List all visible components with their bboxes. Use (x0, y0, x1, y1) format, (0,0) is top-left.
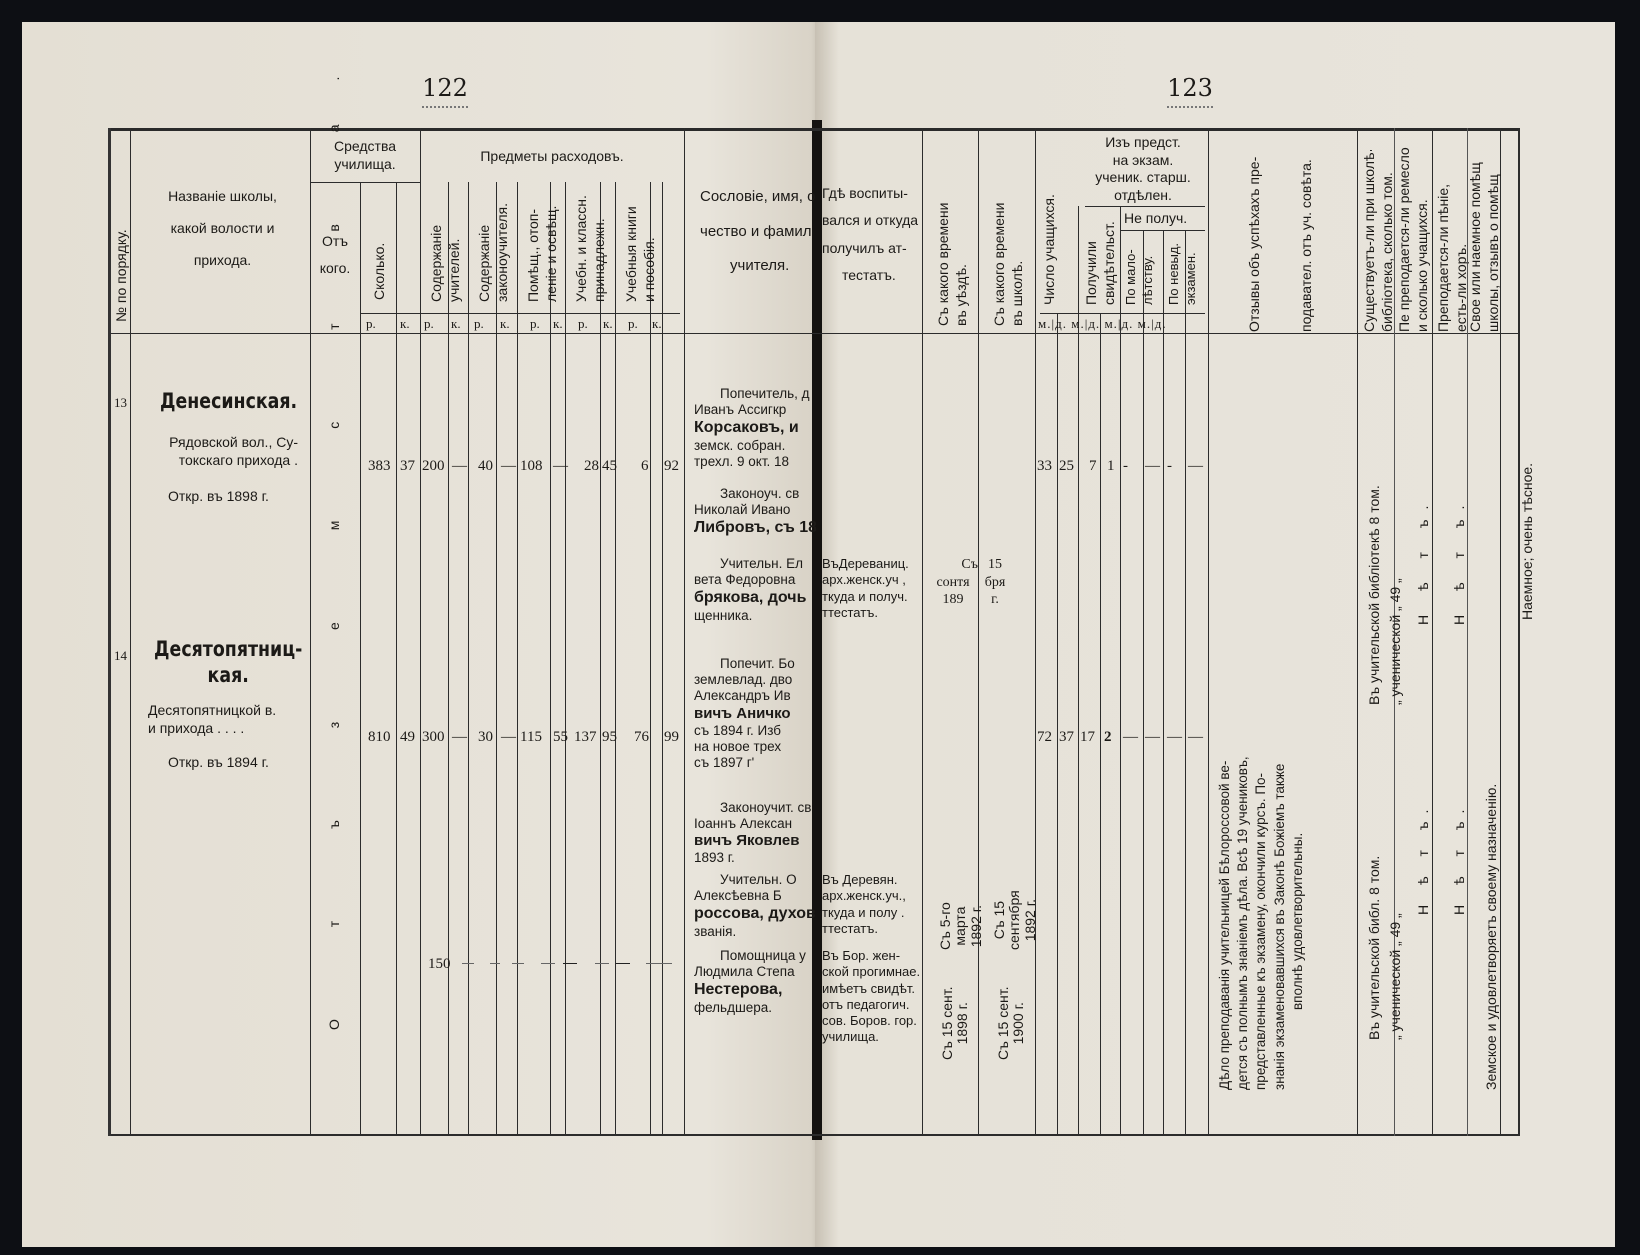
header-not-minor: По мало-лѣтству. (1123, 249, 1157, 305)
header-students-count: Число учащихся. (1040, 194, 1058, 305)
cert-m: 7 (1089, 457, 1097, 476)
amount-r: 810 (368, 728, 391, 747)
singing-info: Н ѣ т ъ. (1450, 496, 1468, 625)
unit-label: к. (652, 316, 662, 332)
staff-trustee: Попечитель, д Иванъ Ассигкр Корсаковъ, и… (694, 386, 816, 470)
law-k: — (501, 728, 516, 747)
unit-label: р. (530, 316, 540, 332)
crafts-info: Н ѣ т ъ. (1414, 802, 1432, 915)
school-name: Денесинская. (160, 388, 297, 414)
page-number-right: 123 (1150, 74, 1230, 108)
since-district: Съ сонтя 189 (928, 556, 978, 609)
unit-label: р. (474, 316, 484, 332)
header-since-district: Съ какого временивъ уѣздѣ. (934, 203, 970, 326)
funds-source-zemstvo: О т ъ з е м с т в а. (325, 33, 343, 1030)
header-teacher-info: Сословіе, имя, о чество и фамил учителя. (700, 180, 815, 284)
school-name: Десятопятниц-кая. (150, 636, 306, 689)
teachers-r: 300 (422, 728, 445, 747)
school-parish: Десятопятницкой в.и прихода . . . . (148, 702, 298, 737)
premises-info: Наемное; очень тѣсное. (1518, 463, 1536, 620)
teachers-k: — (452, 728, 467, 747)
minor-m: — (1123, 728, 1138, 747)
staff-teacher: Учительн. О Алексѣевна Б россова, духов … (694, 872, 816, 940)
class-k: 95 (602, 728, 617, 747)
premises-k: — (553, 457, 568, 476)
header-exp-premises: Помѣщ., отоп-леніе и освѣщ. (524, 206, 560, 302)
failed-d: — (1188, 457, 1203, 476)
header-row-number: № по порядку. (112, 229, 130, 322)
assistant-since-school: Съ 15 сент.1900 г. (996, 987, 1027, 1060)
class-r: 137 (574, 728, 597, 747)
unit-label: р. (578, 316, 588, 332)
header-library: Существуетъ-ли при школѣбибліотека, скол… (1360, 153, 1396, 332)
failed-d: — (1188, 728, 1203, 747)
amount-k: 37 (400, 457, 415, 476)
library-info: Въ учительской библіотекѣ 8 том.„ ученич… (1364, 485, 1406, 705)
header-expenses: Предметы расходовъ. (420, 148, 684, 166)
cert-d: 1 (1107, 457, 1115, 476)
header-crafts: Пе преподается-ли ремеслои сколько учащи… (1395, 147, 1431, 332)
header-funds-amount: Сколько. (370, 243, 388, 300)
teacher-education: Въ Деревян. арх.женск.уч., ткуда и полу … (822, 872, 906, 937)
since-school: 15 бря г. (980, 556, 1010, 609)
students-d: 37 (1059, 728, 1074, 747)
header-premises: Свое или наемное помѣщшколы, отзывъ о по… (1466, 162, 1502, 332)
premises-info: Земское и удовлетворяетъ своему назначен… (1482, 784, 1500, 1090)
premises-r: 115 (520, 728, 542, 747)
minor-m: - (1123, 457, 1128, 476)
failed-m: - (1167, 457, 1172, 476)
assistant-salary-r: 150 (428, 955, 451, 974)
staff-law-teacher: Законоуч. св Николай Ивано Либровъ, съ 1… (694, 486, 816, 538)
header-reviews-2: подавател. отъ уч. совѣта. (1297, 159, 1315, 332)
header-not-failed: По невыд.экзамен. (1166, 243, 1200, 305)
unit-label: к. (553, 316, 563, 332)
teachers-r: 200 (422, 457, 445, 476)
staff-law-teacher: Законоучит. св Іоаннъ Алексан вичъ Яковл… (694, 800, 816, 867)
library-info: Въ учительской библ. 8 том.„ ученической… (1364, 856, 1406, 1040)
header-exp-law: Содержаніезаконоучителя. (475, 203, 511, 302)
law-r: 40 (478, 457, 493, 476)
since-school: Съ 15сентября1892 г. (992, 890, 1038, 950)
books-k: 92 (664, 457, 679, 476)
staff-trustee: Попечит. Бо землевлад. дво Александръ Ив… (694, 656, 816, 771)
unit-row-md: м.|д. м.|д. м.|д. м.|д. (1038, 316, 1167, 332)
unit-label: р. (628, 316, 638, 332)
header-not-got: Не получ. (1124, 210, 1187, 228)
premises-r: 108 (520, 457, 543, 476)
cert-d: 2 (1104, 728, 1112, 747)
law-k: — (501, 457, 516, 476)
unit-label: к. (400, 316, 410, 332)
unit-label: р. (424, 316, 434, 332)
row-number: 13 (114, 395, 127, 411)
minor-d: — (1145, 457, 1160, 476)
staff-teacher: Учительн. Ел вета Федоровна брякова, доч… (694, 556, 816, 624)
students-m: 72 (1037, 728, 1052, 747)
header-school-name: Названіе школы, какой волости и прихода. (140, 180, 305, 277)
school-parish: Рядовской вол., Су-токскаго прихода . (148, 434, 298, 469)
assistant-education: Въ Бор. жен- ской прогимнаe. имѣетъ свид… (822, 948, 920, 1046)
header-exp-books: Учебныя книгии пособія. (622, 206, 658, 302)
books-k: 99 (664, 728, 679, 747)
cert-m: 17 (1080, 728, 1095, 747)
staff-assistant: Помощница у Людмила Степа Нестерова, фел… (694, 948, 816, 1016)
header-exp-teachers: Содержаніеучителей. (427, 225, 463, 302)
unit-label: к. (451, 316, 461, 332)
teachers-k: — (452, 457, 467, 476)
crafts-info: Н ѣ т ъ. (1414, 496, 1432, 625)
books-r: 6 (641, 457, 649, 476)
unit-label: к. (500, 316, 510, 332)
amount-k: 49 (400, 728, 415, 747)
unit-label: к. (603, 316, 613, 332)
amount-r: 383 (368, 457, 391, 476)
students-m: 33 (1037, 457, 1052, 476)
since-district: Съ 5-гомарта1892 г. (938, 902, 984, 950)
header-reviews-1: Отзывы объ успѣхахъ пре- (1245, 157, 1263, 332)
minor-d: — (1145, 728, 1160, 747)
header-exam-group: Изъ предст. на экзам. ученик. старш. отд… (1079, 134, 1207, 204)
class-r: 28 (584, 457, 599, 476)
header-since-school: Съ какого временивъ школѣ. (990, 203, 1026, 326)
assistant-since-district: Съ 15 сент.1898 г. (940, 987, 971, 1060)
row-number: 14 (114, 648, 127, 664)
header-exp-class: Учебн. и классн.принадлежн. (572, 195, 608, 302)
law-r: 30 (478, 728, 493, 747)
teacher-review: Дѣло преподаванія учительницей Бѣлороссо… (1216, 756, 1307, 1090)
school-opened: Откр. въ 1898 г. (168, 488, 269, 506)
page-number-left: 122 (405, 74, 485, 108)
premises-k: 55 (553, 728, 568, 747)
unit-label: р. (366, 316, 376, 332)
header-singing: Преподается-ли пѣніе,есть-ли хоръ. (1434, 184, 1470, 332)
school-opened: Откр. въ 1894 г. (168, 754, 269, 772)
singing-info: Н ѣ т ъ. (1450, 802, 1468, 915)
class-k: 45 (602, 457, 617, 476)
header-education: Гдѣ воспиты- вался и откуда получилъ ат-… (822, 180, 920, 289)
books-r: 76 (634, 728, 649, 747)
teacher-education: ВъДереваниц. арх.женск.уч , ткуда и полу… (822, 556, 909, 621)
failed-m: — (1167, 728, 1182, 747)
students-d: 25 (1059, 457, 1074, 476)
header-got-cert: Получилисвидѣтельст. (1082, 221, 1118, 305)
